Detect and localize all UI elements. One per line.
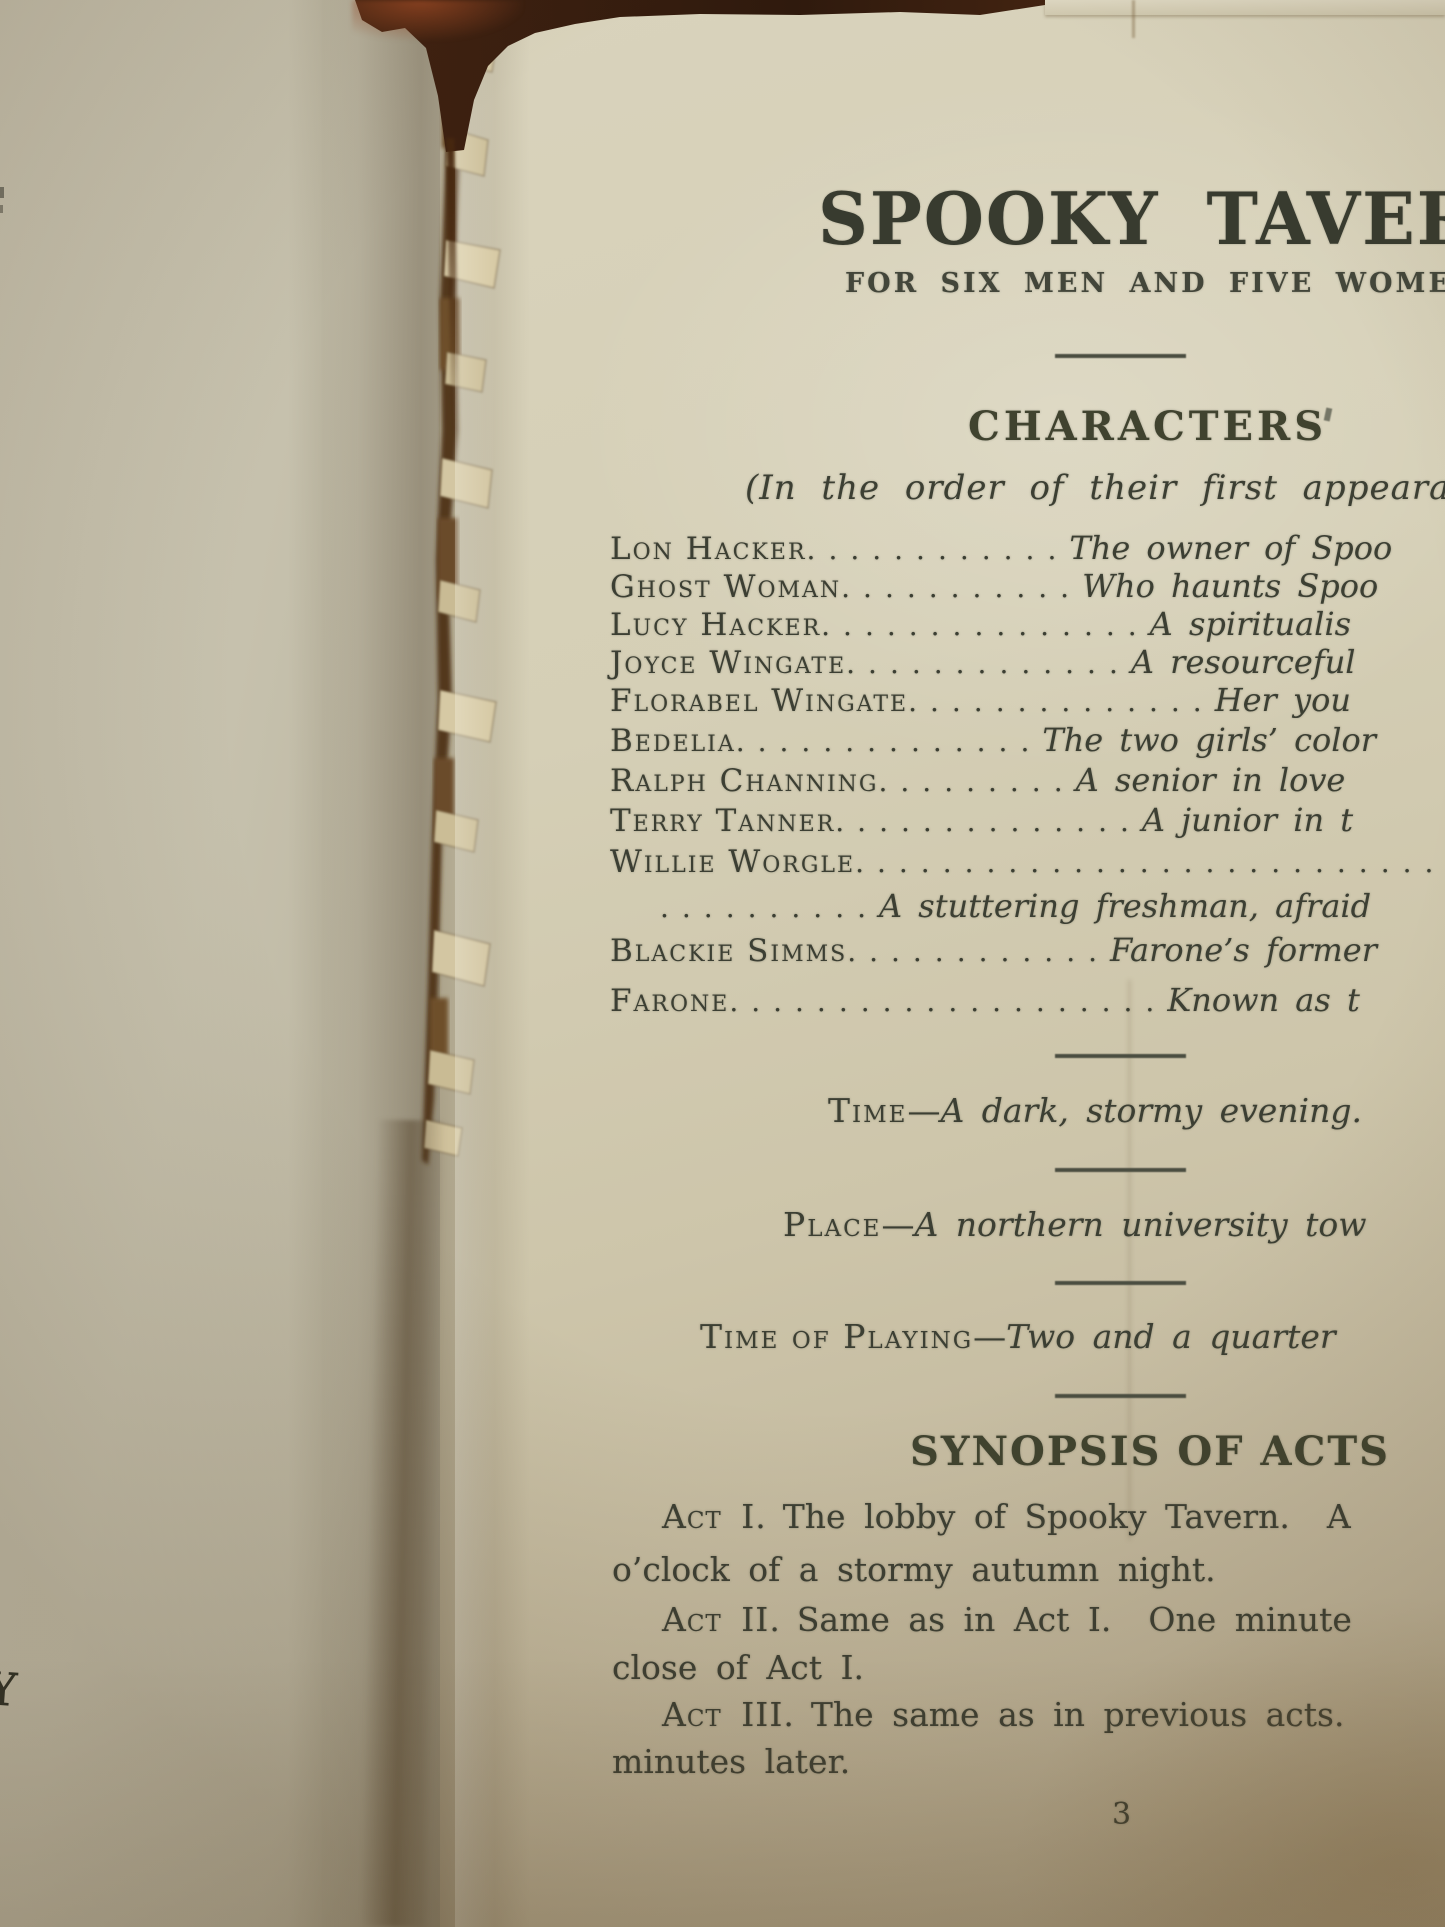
character-row: Lucy Hacker...............A spiritualis (610, 604, 1351, 646)
character-row: Ralph Channing.........A senior in love (610, 760, 1345, 802)
character-description: A stuttering freshman, afraid (879, 887, 1371, 925)
character-row: Terry Tanner..............A junior in t (610, 800, 1353, 842)
book-cover-red-leather (352, 0, 522, 40)
leader-dots: ............. (846, 647, 1131, 680)
character-row: Bedelia..............The two girls’ colo… (610, 720, 1376, 762)
time-of-playing-text: Two and a quarter (1006, 1317, 1336, 1356)
leader-dots: ......... (879, 765, 1076, 798)
character-description: The two girls’ color (1042, 721, 1376, 759)
character-description: A junior in t (1142, 801, 1353, 839)
character-description: A spiritualis (1150, 605, 1351, 643)
place-label: Place (783, 1205, 881, 1244)
page-edge-highlight (455, 0, 495, 1927)
section-rule (1055, 354, 1186, 358)
character-description: The owner of Spoo (1069, 529, 1392, 567)
synopsis-line: Act II.Same as in Act I. One minute (662, 1599, 1352, 1641)
character-name: Blackie Simms (610, 933, 847, 969)
act-text: The lobby of Spooky Tavern. A (783, 1497, 1351, 1536)
synopsis-line: close of Act I. (612, 1647, 864, 1689)
leader-dots: .............. (835, 805, 1142, 838)
ink-speck (0, 205, 3, 213)
leader-dots: ............ (847, 935, 1110, 968)
top-page-edge (1045, 0, 1445, 15)
em-dash: — (881, 1205, 914, 1244)
em-dash: — (973, 1317, 1006, 1356)
place-line: Place—A northern university tow (783, 1204, 1367, 1246)
leader-dots: ........... (841, 571, 1082, 604)
act-text: Same as in Act I. One minute (797, 1600, 1352, 1639)
time-line: Time—A dark, stormy evening. (828, 1090, 1362, 1132)
character-row: Lon Hacker............The owner of Spoo (610, 528, 1392, 570)
time-of-playing-line: Time of Playing—Two and a quarter (700, 1316, 1336, 1358)
time-of-playing-label: Time of Playing (700, 1317, 973, 1356)
character-description: Her you (1215, 681, 1351, 719)
character-name: Willie Worgle (610, 844, 855, 880)
character-row: Ghost Woman...........Who haunts Spoo (610, 566, 1378, 608)
section-rule (1055, 1054, 1186, 1058)
leader-dots: ............ (807, 533, 1070, 566)
character-row: Florabel Wingate..............Her you (610, 680, 1351, 722)
character-description: Known as t (1167, 981, 1359, 1019)
cast-size-subtitle: FOR SIX MEN AND FIVE WOMEN (845, 268, 1445, 299)
character-name: Lon Hacker (610, 531, 807, 567)
character-row-continuation: ..........A stuttering freshman, afraid (660, 886, 1371, 928)
act-label: Act III. (662, 1695, 795, 1734)
character-name: Joyce Wingate (610, 645, 846, 681)
character-name: Ralph Channing (610, 763, 879, 799)
leader-dots: .............................. (855, 846, 1445, 879)
character-row: Blackie Simms............Farone’s former (610, 930, 1377, 972)
character-name: Terry Tanner (610, 803, 835, 839)
ink-speck (0, 187, 4, 198)
em-dash: — (907, 1091, 940, 1130)
section-rule (1055, 1168, 1186, 1172)
synopsis-line: o’clock of a stormy autumn night. (612, 1549, 1216, 1591)
leader-dots: .............. (908, 685, 1215, 718)
act-text: o’clock of a stormy autumn night. (612, 1550, 1216, 1589)
page-title: SPOOKY TAVERN (818, 176, 1445, 261)
character-name: Florabel Wingate (610, 683, 908, 719)
book-photo: SPOOKY TAVERN FOR SIX MEN AND FIVE WOMEN… (0, 0, 1445, 1927)
character-description: A resourceful (1131, 643, 1356, 681)
synopsis-line: Act III.The same as in previous acts. (662, 1694, 1344, 1736)
act-text: The same as in previous acts. (811, 1695, 1345, 1734)
character-description: Who haunts Spoo (1082, 567, 1378, 605)
act-text: minutes later. (612, 1742, 850, 1781)
synopsis-heading: SYNOPSIS OF ACTS (910, 1428, 1390, 1475)
character-description: Farone’s former (1110, 931, 1377, 969)
act-label: Act II. (662, 1600, 781, 1639)
character-name: Bedelia (610, 723, 736, 759)
page-number: 3 (1112, 1797, 1131, 1832)
character-name: Ghost Woman (610, 569, 841, 605)
character-description: A senior in love (1076, 761, 1346, 799)
character-row: Farone....................Known as t (610, 980, 1360, 1022)
leader-dots: ............... (821, 609, 1150, 642)
synopsis-line: Act I.The lobby of Spooky Tavern. A (662, 1496, 1351, 1538)
time-text: A dark, stormy evening. (940, 1091, 1362, 1130)
characters-heading: CHARACTERS (968, 403, 1327, 450)
time-label: Time (828, 1091, 907, 1130)
leader-dots: .......... (660, 891, 879, 924)
character-name: Farone (610, 983, 729, 1019)
character-row: Joyce Wingate.............A resourceful (610, 642, 1356, 684)
character-row: Willie Worgle...........................… (610, 841, 1445, 883)
act-text: close of Act I. (612, 1648, 864, 1687)
leader-dots: .................... (729, 985, 1167, 1018)
character-name: Lucy Hacker (610, 607, 821, 643)
place-text: A northern university tow (914, 1205, 1366, 1244)
characters-note: (In the order of their first appearan (745, 468, 1445, 508)
leader-dots: .............. (736, 725, 1043, 758)
act-label: Act I. (662, 1497, 767, 1536)
section-rule (1055, 1281, 1186, 1285)
top-page-seam (1132, 0, 1135, 38)
synopsis-line: minutes later. (612, 1741, 850, 1783)
section-rule (1055, 1394, 1186, 1398)
